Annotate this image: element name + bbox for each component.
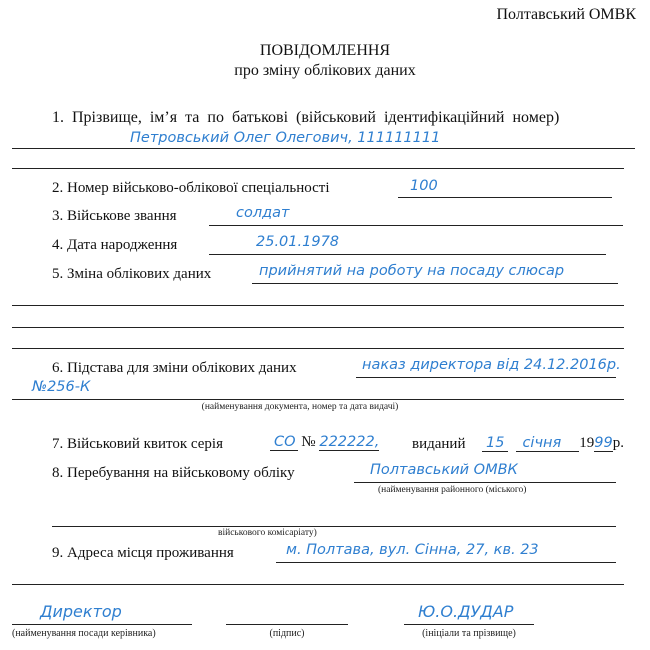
military-ticket-row: СО № 222222, (270, 434, 379, 451)
field-4-line (209, 254, 606, 255)
field-6-hint: (найменування документа, номер та дата в… (0, 402, 600, 412)
field-8-hint-2: військового комісаріату) (218, 528, 317, 538)
field-1-value[interactable]: Петровський Олег Олегович, 111111111 (130, 130, 440, 146)
field-7-issued-label: виданий (412, 436, 465, 453)
field-6-value-line-2[interactable]: №256-К (32, 379, 90, 395)
field-7-year-prefix: 19 (579, 435, 594, 451)
field-4-value[interactable]: 25.01.1978 (256, 234, 339, 250)
field-5-line (252, 283, 618, 284)
field-2-line (398, 197, 612, 198)
field-8-line (354, 482, 616, 483)
field-5-value[interactable]: прийнятий на роботу на посаду слюсар (259, 263, 564, 279)
signature-line[interactable] (226, 624, 348, 625)
field-5-line-3 (12, 327, 624, 328)
position-line (12, 624, 192, 625)
field-9-label: 9. Адреса місця проживання (52, 545, 234, 562)
field-7-month[interactable]: січня (516, 436, 579, 452)
field-7-day[interactable]: 15 (482, 436, 508, 452)
field-9-line (276, 562, 616, 563)
field-2-label: 2. Номер військово-облікової спеціальнос… (52, 180, 330, 197)
signature-hint: (підпис) (226, 628, 348, 639)
field-5-line-2 (12, 305, 624, 306)
recipient: Полтавський ОМВК (497, 6, 637, 24)
field-6-line (356, 377, 616, 378)
field-1-line (12, 148, 635, 149)
field-3-value[interactable]: солдат (236, 205, 289, 221)
field-8-hint-1: (найменування районного (міського) (378, 485, 526, 495)
field-7-year-unit: р. (613, 435, 624, 451)
field-7-label: 7. Військовий квиток серія (52, 436, 223, 453)
field-6-line-2 (12, 399, 624, 400)
field-4-label: 4. Дата народження (52, 237, 177, 254)
field-2-value[interactable]: 100 (410, 178, 438, 194)
document-subtitle: про зміну облікових даних (0, 62, 650, 80)
field-1-line-2 (12, 168, 624, 169)
issue-date-row: 15 січня1999р. (482, 434, 624, 452)
field-7-no-label: № (301, 434, 315, 450)
field-3-line (209, 225, 623, 226)
name-line (404, 624, 534, 625)
document-title: ПОВІДОМЛЕННЯ (0, 42, 650, 60)
name-hint: (ініціали та прізвище) (404, 628, 534, 639)
field-6-label: 6. Підстава для зміни облікових даних (52, 360, 297, 377)
field-8-label: 8. Перебування на військовому обліку (52, 465, 295, 482)
field-9-value[interactable]: м. Полтава, вул. Сінна, 27, кв. 23 (286, 542, 539, 558)
field-7-series[interactable]: СО (270, 435, 298, 451)
name-value[interactable]: Ю.О.ДУДАР (418, 602, 513, 621)
position-hint: (найменування посади керівника) (12, 628, 156, 639)
field-3-label: 3. Військове звання (52, 208, 177, 225)
field-7-year-suffix[interactable]: 99 (594, 436, 612, 452)
field-7-number[interactable]: 222222, (319, 435, 379, 451)
position-value[interactable]: Директор (40, 602, 122, 621)
field-9-line-2 (12, 584, 624, 585)
field-8-line-2 (52, 526, 616, 527)
field-5-label: 5. Зміна облікових даних (52, 266, 211, 283)
field-8-value[interactable]: Полтавський ОМВК (370, 462, 518, 478)
field-5-line-4 (12, 348, 624, 349)
field-6-value-line-1[interactable]: наказ директора від 24.12.2016р. (362, 357, 621, 373)
field-1-label: 1. Прізвище, ім’я та по батькові (військ… (52, 109, 559, 127)
